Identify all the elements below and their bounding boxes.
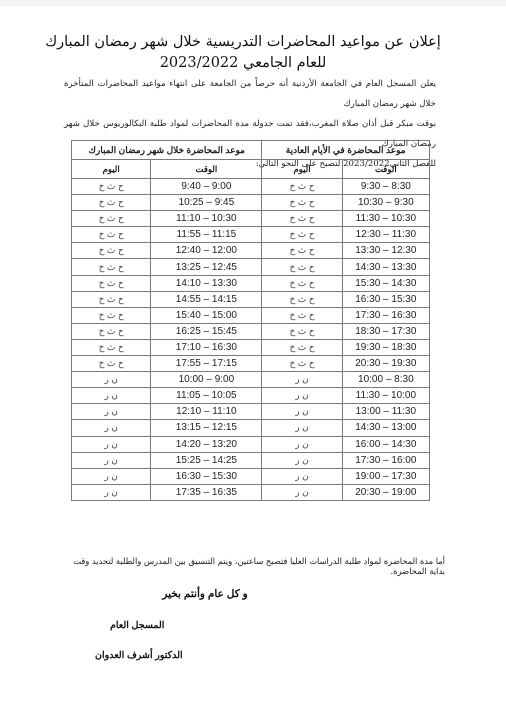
header-ramadan-time: الوقت: [151, 160, 262, 179]
table-row: 11:30 – 10:30ح ث خ11:10 – 10:30ح ث خ: [72, 211, 430, 227]
normal-day-cell: ن ر: [262, 452, 342, 468]
normal-day-cell: ح ث خ: [262, 259, 342, 275]
signature-title: المسجل العام: [110, 620, 164, 631]
normal-time-cell: 15:30 – 14:30: [342, 275, 429, 291]
table-row: 9:30 – 8:30ح ث خ9:40 – 9:00ح ث خ: [72, 179, 430, 195]
normal-time-cell: 11:30 – 10:00: [342, 388, 429, 404]
header-normal-time: الوقت: [342, 160, 429, 179]
normal-day-cell: ح ث خ: [262, 227, 342, 243]
ramadan-day-cell: ن ر: [72, 388, 151, 404]
normal-time-cell: 18:30 – 17:30: [342, 323, 429, 339]
table-row: 12:30 – 11:30ح ث خ11:55 – 11:15ح ث خ: [72, 227, 430, 243]
ramadan-day-cell: ن ر: [72, 404, 151, 420]
normal-time-cell: 16:00 – 14:30: [342, 436, 429, 452]
normal-day-cell: ح ث خ: [262, 356, 342, 372]
header-normal-days: موعد المحاضرة في الأيام العادية: [262, 141, 430, 160]
normal-time-cell: 13:30 – 12:30: [342, 243, 429, 259]
ramadan-time-cell: 13:25 – 12:45: [151, 259, 262, 275]
normal-day-cell: ح ث خ: [262, 307, 342, 323]
normal-day-cell: ح ث خ: [262, 323, 342, 339]
ramadan-time-cell: 14:20 – 13:20: [151, 436, 262, 452]
ramadan-time-cell: 17:35 – 16:35: [151, 484, 262, 500]
table-row: 19:00 – 17:30ن ر16:30 – 15:30ن ر: [72, 468, 430, 484]
ramadan-time-cell: 17:55 – 17:15: [151, 356, 262, 372]
normal-time-cell: 16:30 – 15:30: [342, 291, 429, 307]
group-header-row: موعد المحاضرة في الأيام العادية موعد الم…: [72, 141, 430, 160]
ramadan-time-cell: 10:25 – 9:45: [151, 195, 262, 211]
normal-time-cell: 17:30 – 16:30: [342, 307, 429, 323]
normal-day-cell: ح ث خ: [262, 243, 342, 259]
ramadan-day-cell: ح ث خ: [72, 339, 151, 355]
header-normal-day: اليوم: [262, 160, 342, 179]
ramadan-day-cell: ح ث خ: [72, 356, 151, 372]
table-row: 18:30 – 17:30ح ث خ16:25 – 15:45ح ث خ: [72, 323, 430, 339]
table-row: 14:30 – 13:30ح ث خ13:25 – 12:45ح ث خ: [72, 259, 430, 275]
ramadan-day-cell: ن ر: [72, 468, 151, 484]
ramadan-time-cell: 16:25 – 15:45: [151, 323, 262, 339]
normal-day-cell: ح ث خ: [262, 339, 342, 355]
ramadan-day-cell: ح ث خ: [72, 179, 151, 195]
table-row: 10:30 – 9:30ح ث خ10:25 – 9:45ح ث خ: [72, 195, 430, 211]
normal-day-cell: ن ر: [262, 372, 342, 388]
normal-day-cell: ن ر: [262, 484, 342, 500]
table-row: 11:30 – 10:00ن ر11:05 – 10:05ن ر: [72, 388, 430, 404]
ramadan-day-cell: ح ث خ: [72, 195, 151, 211]
table-row: 20:30 – 19:30ح ث خ17:55 – 17:15ح ث خ: [72, 356, 430, 372]
ramadan-time-cell: 13:15 – 12:15: [151, 420, 262, 436]
table-row: 15:30 – 14:30ح ث خ14:10 – 13:30ح ث خ: [72, 275, 430, 291]
ramadan-time-cell: 14:10 – 13:30: [151, 275, 262, 291]
ramadan-time-cell: 11:55 – 11:15: [151, 227, 262, 243]
header-ramadan-day: اليوم: [72, 160, 151, 179]
normal-time-cell: 12:30 – 11:30: [342, 227, 429, 243]
table-row: 16:30 – 15:30ح ث خ14:55 – 14:15ح ث خ: [72, 291, 430, 307]
normal-time-cell: 20:30 – 19:30: [342, 356, 429, 372]
ramadan-day-cell: ن ر: [72, 420, 151, 436]
ramadan-day-cell: ح ث خ: [72, 307, 151, 323]
normal-day-cell: ن ر: [262, 436, 342, 452]
ramadan-time-cell: 14:55 – 14:15: [151, 291, 262, 307]
graduate-note: أما مدة المحاضرة لمواد طلبة الدراسات الع…: [60, 556, 445, 576]
ramadan-time-cell: 10:00 – 9:00: [151, 372, 262, 388]
normal-day-cell: ح ث خ: [262, 179, 342, 195]
sub-header-row: الوقت اليوم الوقت اليوم: [72, 160, 430, 179]
ramadan-time-cell: 12:40 – 12:00: [151, 243, 262, 259]
normal-time-cell: 14:30 – 13:00: [342, 420, 429, 436]
ramadan-day-cell: ح ث خ: [72, 259, 151, 275]
normal-day-cell: ح ث خ: [262, 195, 342, 211]
ramadan-time-cell: 12:10 – 11:10: [151, 404, 262, 420]
normal-time-cell: 20:30 – 19:00: [342, 484, 429, 500]
normal-day-cell: ن ر: [262, 468, 342, 484]
table-row: 16:00 – 14:30ن ر14:20 – 13:20ن ر: [72, 436, 430, 452]
normal-time-cell: 10:00 – 8:30: [342, 372, 429, 388]
intro-line: يعلن المسجل العام في الجامعة الأردنية أن…: [64, 74, 436, 114]
normal-day-cell: ن ر: [262, 388, 342, 404]
ramadan-time-cell: 11:05 – 10:05: [151, 388, 262, 404]
top-band: [0, 0, 506, 6]
normal-time-cell: 10:30 – 9:30: [342, 195, 429, 211]
normal-time-cell: 9:30 – 8:30: [342, 179, 429, 195]
table-row: 13:00 – 11:30ن ر12:10 – 11:10ن ر: [72, 404, 430, 420]
normal-day-cell: ح ث خ: [262, 211, 342, 227]
ramadan-day-cell: ن ر: [72, 484, 151, 500]
signature-name: الدكتور أشرف العدوان: [95, 650, 183, 661]
table-row: 14:30 – 13:00ن ر13:15 – 12:15ن ر: [72, 420, 430, 436]
normal-day-cell: ح ث خ: [262, 275, 342, 291]
table-row: 19:30 – 18:30ح ث خ17:10 – 16:30ح ث خ: [72, 339, 430, 355]
header-ramadan: موعد المحاضرة خلال شهر رمضان المبارك: [72, 141, 262, 160]
normal-time-cell: 13:00 – 11:30: [342, 404, 429, 420]
ramadan-day-cell: ح ث خ: [72, 275, 151, 291]
ramadan-day-cell: ن ر: [72, 452, 151, 468]
document-title: إعلان عن مواعيد المحاضرات التدريسية خلال…: [0, 34, 496, 50]
ramadan-day-cell: ن ر: [72, 372, 151, 388]
normal-day-cell: ن ر: [262, 404, 342, 420]
ramadan-day-cell: ح ث خ: [72, 227, 151, 243]
table-row: 17:30 – 16:00ن ر15:25 – 14:25ن ر: [72, 452, 430, 468]
ramadan-day-cell: ح ث خ: [72, 243, 151, 259]
normal-day-cell: ح ث خ: [262, 291, 342, 307]
ramadan-day-cell: ن ر: [72, 436, 151, 452]
ramadan-time-cell: 17:10 – 16:30: [151, 339, 262, 355]
ramadan-time-cell: 15:25 – 14:25: [151, 452, 262, 468]
ramadan-time-cell: 16:30 – 15:30: [151, 468, 262, 484]
ramadan-time-cell: 15:40 – 15:00: [151, 307, 262, 323]
normal-day-cell: ن ر: [262, 420, 342, 436]
ramadan-day-cell: ح ث خ: [72, 323, 151, 339]
ramadan-day-cell: ح ث خ: [72, 291, 151, 307]
ramadan-time-cell: 11:10 – 10:30: [151, 211, 262, 227]
normal-time-cell: 14:30 – 13:30: [342, 259, 429, 275]
table-row: 13:30 – 12:30ح ث خ12:40 – 12:00ح ث خ: [72, 243, 430, 259]
normal-time-cell: 11:30 – 10:30: [342, 211, 429, 227]
normal-time-cell: 19:30 – 18:30: [342, 339, 429, 355]
table-row: 17:30 – 16:30ح ث خ15:40 – 15:00ح ث خ: [72, 307, 430, 323]
ramadan-time-cell: 9:40 – 9:00: [151, 179, 262, 195]
greeting: و كل عام وأنتم بخير: [60, 588, 350, 600]
ramadan-day-cell: ح ث خ: [72, 211, 151, 227]
document-subtitle: للعام الجامعي 2023/2022: [0, 55, 496, 71]
schedule-table: موعد المحاضرة في الأيام العادية موعد الم…: [71, 140, 430, 501]
normal-time-cell: 19:00 – 17:30: [342, 468, 429, 484]
table-row: 10:00 – 8:30ن ر10:00 – 9:00ن ر: [72, 372, 430, 388]
table-row: 20:30 – 19:00ن ر17:35 – 16:35ن ر: [72, 484, 430, 500]
normal-time-cell: 17:30 – 16:00: [342, 452, 429, 468]
